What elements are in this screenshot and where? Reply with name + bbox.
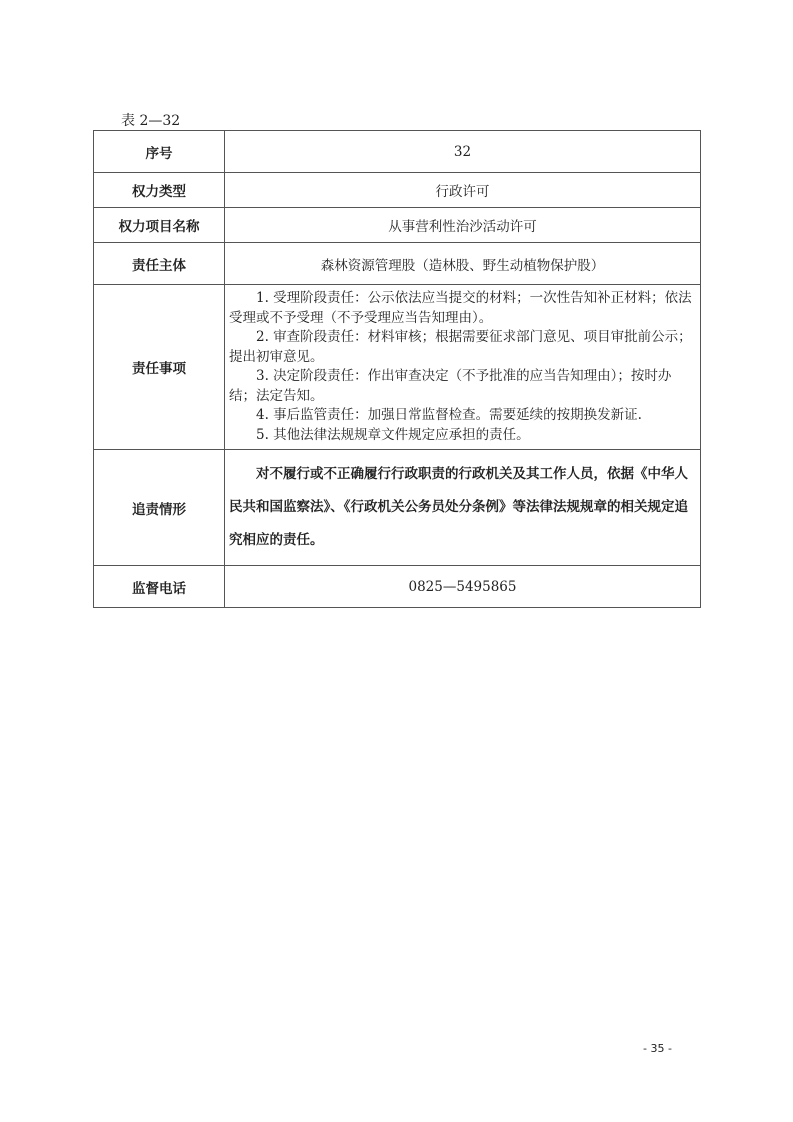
row-value-responsible-body: 森林资源管理股（造林股、野生动植物保护股） xyxy=(225,243,701,285)
row-label-power-type: 权力类型 xyxy=(94,173,225,208)
duty-item: 4. 事后监管责任：加强日常监督检查。需要延续的按期换发新证. xyxy=(229,406,696,426)
table-row: 序号 32 xyxy=(94,131,701,173)
table-row: 责任事项 1. 受理阶段责任：公示依法应当提交的材料；一次性告知补正材料；依法受… xyxy=(94,285,701,450)
row-label-responsible-body: 责任主体 xyxy=(94,243,225,285)
row-value-power-type: 行政许可 xyxy=(225,173,701,208)
table-row: 权力类型 行政许可 xyxy=(94,173,701,208)
duties-list: 1. 受理阶段责任：公示依法应当提交的材料；一次性告知补正材料；依法受理或不予受… xyxy=(225,285,701,450)
duty-item: 3. 决定阶段责任：作出审查决定（不予批准的应当告知理由）；按时办结；法定告知。 xyxy=(229,367,696,406)
accountability-text-cell: 对不履行或不正确履行行政职责的行政机关及其工作人员，依据《中华人民共和国监察法》… xyxy=(225,450,701,566)
table-row: 责任主体 森林资源管理股（造林股、野生动植物保护股） xyxy=(94,243,701,285)
power-list-table: 序号 32 权力类型 行政许可 权力项目名称 从事营利性治沙活动许可 责任主体 … xyxy=(93,130,701,608)
duty-item: 2. 审查阶段责任：材料审核；根据需要征求部门意见、项目审批前公示；提出初审意见… xyxy=(229,328,696,367)
row-label-phone: 监督电话 xyxy=(94,566,225,608)
row-label-item-name: 权力项目名称 xyxy=(94,208,225,243)
row-value-serial: 32 xyxy=(225,131,701,173)
page-number: - 35 - xyxy=(643,1042,672,1055)
duty-item: 1. 受理阶段责任：公示依法应当提交的材料；一次性告知补正材料；依法受理或不予受… xyxy=(229,289,696,328)
table-row: 权力项目名称 从事营利性治沙活动许可 xyxy=(94,208,701,243)
table-row: 追责情形 对不履行或不正确履行行政职责的行政机关及其工作人员，依据《中华人民共和… xyxy=(94,450,701,566)
row-value-phone: 0825—5495865 xyxy=(225,566,701,608)
row-value-item-name: 从事营利性治沙活动许可 xyxy=(225,208,701,243)
accountability-text: 对不履行或不正确履行行政职责的行政机关及其工作人员，依据《中华人民共和国监察法》… xyxy=(229,458,696,557)
row-label-duties: 责任事项 xyxy=(94,285,225,450)
row-label-accountability: 追责情形 xyxy=(94,450,225,566)
row-label-serial: 序号 xyxy=(94,131,225,173)
duty-item: 5. 其他法律法规规章文件规定应承担的责任。 xyxy=(229,426,696,446)
table-caption: 表 2—32 xyxy=(121,110,180,130)
table-row: 监督电话 0825—5495865 xyxy=(94,566,701,608)
